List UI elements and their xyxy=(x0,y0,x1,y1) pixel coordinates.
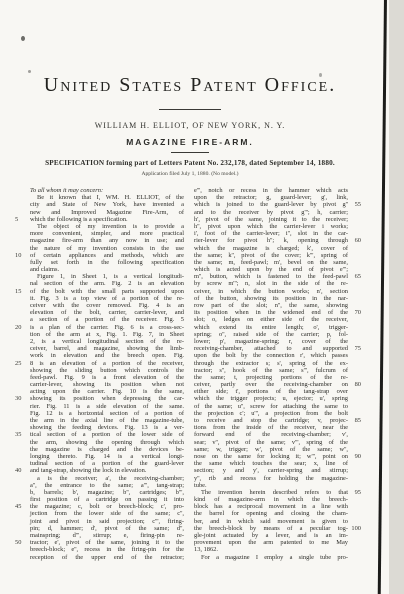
text-line-content: of certain appliances and methods, which… xyxy=(30,252,184,259)
inventor-byline: WILLIAM H. ELLIOT, OF NEW YORK, N. Y. xyxy=(18,121,362,130)
right-column: e''', notch or recess in the hammer whic… xyxy=(194,187,348,561)
text-line-content: feed-pawl. Fig. 9 is a front elevation o… xyxy=(30,374,184,381)
text-line: rier. Fig. 11 is a side elevation of the… xyxy=(30,403,184,410)
line-number: 90 xyxy=(355,453,361,460)
text-line-content: row part of the slot; n'', the same, sho… xyxy=(194,302,348,309)
text-line-content: upon the bolt by the connection r', whic… xyxy=(194,352,348,359)
text-line-content: To all whom it may concern: xyxy=(30,187,103,194)
text-line-content: jection from the lower side of the same;… xyxy=(30,510,184,517)
text-line-content: 13, 1862. xyxy=(194,546,218,553)
text-line: block has a reciprocal movement in a lin… xyxy=(194,503,348,510)
text-line: its position when in the widened end of … xyxy=(194,309,348,316)
text-line: Fig. 12 is a horizontal section of a por… xyxy=(30,410,184,417)
text-line-content: the projection c'; u''', a projection fr… xyxy=(194,410,348,417)
text-line-content: through the extractor s; s', spring of t… xyxy=(194,360,348,367)
application-line: Application filed July 1, 1880. (No mode… xyxy=(18,171,362,177)
text-line-content: a'', the entrance to the same; a''', tan… xyxy=(30,482,184,489)
text-line-content: The object of my invention is to provide… xyxy=(37,223,184,230)
text-line-content: 2, is a vertical longitudinal section of… xyxy=(30,338,184,345)
text-line: Figure 1, in Sheet 1, is a vertical long… xyxy=(30,273,184,280)
text-line-content: the same; k'', pivot of the cover; k''',… xyxy=(194,252,348,259)
text-line-content: m'', button, which is fastened to the fe… xyxy=(194,273,348,280)
line-number: 75 xyxy=(355,345,361,352)
left-column: To all whom it may concern:Be it known t… xyxy=(30,187,184,561)
text-line: upon the bolt by the connection r', whic… xyxy=(194,352,348,359)
line-number: 10 xyxy=(15,252,21,259)
text-line-content: 8 is an elevation of a portion of the re… xyxy=(30,360,184,367)
text-line-content: h'', pivot upon which the carrier-lever … xyxy=(194,223,348,230)
text-line: mainspring; d''', stirrup; e, firing-pin… xyxy=(30,532,184,539)
text-line-content: slot; o, ledges on either side of the re… xyxy=(194,316,348,323)
text-line-content: showing its position when depressing the… xyxy=(30,395,184,402)
text-line: either side; t', portions of the tang-st… xyxy=(194,388,348,395)
text-line-content: same; w, trigger; w', pivot of the same;… xyxy=(194,446,348,453)
line-number: 35 xyxy=(15,431,21,438)
text-line-content: a is the receiver; a', the receiving-cha… xyxy=(37,475,184,482)
divider-rule xyxy=(171,152,209,153)
text-line-content: sear; v'', pivot of the same; v''', spri… xyxy=(194,439,348,446)
text-line: the magazine is charged and the devices … xyxy=(30,446,184,453)
line-number: 95 xyxy=(355,489,361,496)
text-line-content: to receive and stop the cartridge; v, pr… xyxy=(194,417,348,424)
text-line-content: tions from the inside of the receiver, n… xyxy=(194,424,348,431)
text-line: reception of the upper end of the retrac… xyxy=(30,554,184,561)
scan-margin-shade xyxy=(389,0,404,594)
text-line: of certain appliances and methods, which… xyxy=(30,252,184,259)
text-line: row part of the slot; n'', the same, sho… xyxy=(194,302,348,309)
text-line-content: the arm in the axial line of the magazin… xyxy=(30,417,184,424)
text-line: elevation of the bolt, carrier, carrier-… xyxy=(30,309,184,316)
patent-page: United States Patent Office. WILLIAM H. … xyxy=(0,0,404,594)
text-line: it. Fig. 3 is a top view of a portion of… xyxy=(30,295,184,302)
text-line-content: ceiver with the cover removed. Fig. 4 is… xyxy=(30,302,184,309)
line-number: 15 xyxy=(15,288,21,295)
text-line: tions from the inside of the receiver, n… xyxy=(194,424,348,431)
text-line-content: the arm, showing the opening through whi… xyxy=(30,439,184,446)
line-number: 30 xyxy=(15,395,21,402)
text-line-content: breech-block; e'', recess in the firing-… xyxy=(30,546,184,553)
text-line: nal section of the arm. Fig. 2 is an ele… xyxy=(30,280,184,287)
text-line: joint and pivot in said projection; c'''… xyxy=(30,518,184,525)
text-line: provement upon the arm patented to me Ma… xyxy=(194,539,348,546)
text-line-content: block has a reciprocal movement in a lin… xyxy=(194,503,348,510)
text-line-content: longing thereto. Fig. 14 is a vertical l… xyxy=(30,453,184,460)
text-line: breech-block; e'', recess in the firing-… xyxy=(30,546,184,553)
text-line-content: Figure 1, in Sheet 1, is a vertical long… xyxy=(37,273,184,280)
text-line-content: ber, and in which said movement is given… xyxy=(194,518,348,525)
text-line: y'', rib and recess for holding the maga… xyxy=(194,475,348,482)
text-line: the arm, showing the opening through whi… xyxy=(30,439,184,446)
text-line: rier-lever for pivot h''; k, opening thr… xyxy=(194,237,348,244)
office-title: United States Patent Office. xyxy=(18,74,362,97)
text-line: city and State of New York, have invente… xyxy=(30,201,184,208)
text-line: tractor; s'', hook of the same; s''', fu… xyxy=(194,367,348,374)
text-line: m'', button, which is fastened to the fe… xyxy=(194,273,348,280)
text-line: The object of my invention is to provide… xyxy=(30,223,184,230)
text-line: the barrel for opening and closing the c… xyxy=(194,510,348,517)
text-line-content: tudinal section of a portion of the guar… xyxy=(30,460,184,467)
text-line: the nature of my invention consists in t… xyxy=(30,245,184,252)
text-line-content: of the bolt with the small parts support… xyxy=(30,288,184,295)
line-number: 55 xyxy=(355,201,361,208)
text-line: b, barrels; b', magazine; b'', cartridge… xyxy=(30,489,184,496)
text-line-content: showing the feeding devices. Fig. 13 is … xyxy=(30,424,184,431)
text-line-content: the breech-block by means of a peculiar … xyxy=(194,525,348,532)
text-line: jection from the lower side of the same;… xyxy=(30,510,184,517)
text-line-content: e''', notch or recess in the hammer whic… xyxy=(194,187,348,194)
text-line: the same; m, feed-pawl; m', bevel on the… xyxy=(194,259,348,266)
text-line-content: ceiver, partly over the receiving-chambe… xyxy=(194,381,348,388)
text-line: showing the feeding devices. Fig. 13 is … xyxy=(30,424,184,431)
text-line-content: nal section of the arm. Fig. 2 is an ele… xyxy=(30,280,184,287)
text-line: carrier-lever, showing its position when… xyxy=(30,381,184,388)
text-line-content: which is acted upon by the end of pivot … xyxy=(194,266,348,273)
text-line-content: the same; m, feed-pawl; m', bevel on the… xyxy=(194,259,348,266)
text-line: e''', notch or recess in the hammer whic… xyxy=(194,187,348,194)
text-line: nose on the same for locking it; w''', p… xyxy=(194,453,348,460)
text-line: work in elevation and the breech open. F… xyxy=(30,352,184,359)
text-line: ceiver, in which the button works; n', s… xyxy=(194,288,348,295)
line-number: 45 xyxy=(15,503,21,510)
text-line: ceiver, partly over the receiving-chambe… xyxy=(194,381,348,388)
text-line: The invention herein described refers to… xyxy=(194,489,348,496)
text-line-content: the magazine; c, bolt or breech-block; c… xyxy=(30,503,184,510)
text-line-content: and claims. xyxy=(30,266,59,273)
text-line: For a magazine I employ a single tube pr… xyxy=(194,554,348,561)
text-line: ber, and in which said movement is given… xyxy=(194,518,348,525)
text-line: acting upon the carrier. Fig. 10 is the … xyxy=(30,388,184,395)
text-line-content: joint and pivot in said projection; c'''… xyxy=(30,518,184,525)
text-line-content: mainspring; d''', stirrup; e, firing-pin… xyxy=(30,532,184,539)
text-line-content: lower; p', magazine-spring; r, cover of … xyxy=(194,338,348,345)
divider-rule xyxy=(159,109,221,110)
text-line: a is the receiver; a', the receiving-cha… xyxy=(30,475,184,482)
line-number: 5 xyxy=(15,216,18,223)
text-line-content: the same; t, projecting portions of the … xyxy=(194,374,348,381)
line-number: 100 xyxy=(351,525,361,532)
text-line-content: Be it known that I, WM. H. ELLIOT, of th… xyxy=(37,194,184,201)
text-line: which the trigger projects; u, ejector; … xyxy=(194,395,348,402)
text-line: which is acted upon by the end of pivot … xyxy=(194,266,348,273)
text-line-content: which the trigger projects; u, ejector; … xyxy=(194,395,348,402)
text-line: ceiver with the cover removed. Fig. 4 is… xyxy=(30,302,184,309)
text-line-content: the nature of my invention consists in t… xyxy=(30,245,184,252)
text-line: lower; p', magazine-spring; r, cover of … xyxy=(194,338,348,345)
line-number: 40 xyxy=(15,467,21,474)
text-line: the projection c'; u''', a projection fr… xyxy=(194,410,348,417)
text-line: same; w, trigger; w', pivot of the same;… xyxy=(194,446,348,453)
text-line: section; y and y', carrier-spring and st… xyxy=(194,467,348,474)
text-line-content: first position of a cartridge on passing… xyxy=(30,496,184,503)
page-edge-line xyxy=(378,0,387,594)
text-line-content: which the following is a specification. xyxy=(30,216,128,223)
text-line-content: of the same; u'', screw for attaching th… xyxy=(194,403,348,410)
text-line-content: h', pivot of the same, joining it to the… xyxy=(194,216,348,223)
text-line-content: ceiver, in which the button works; n', s… xyxy=(194,288,348,295)
text-line-content: it. Fig. 3 is a top view of a portion of… xyxy=(30,295,184,302)
text-line: i', foot of the carrier-lever; i'', slot… xyxy=(194,230,348,237)
text-line: slot; o, ledges on either side of the re… xyxy=(194,316,348,323)
text-line-content: ceiver, barrel, and magazine, showing th… xyxy=(30,345,184,352)
line-number: 50 xyxy=(15,539,21,546)
text-line: more convenient, simpler, and more pract… xyxy=(30,230,184,237)
text-line-content: section; y and y', carrier-spring and st… xyxy=(194,467,348,474)
text-line: and claims. xyxy=(30,266,184,273)
line-number: 60 xyxy=(355,237,361,244)
body-columns: To all whom it may concern:Be it known t… xyxy=(30,187,348,561)
text-line: upon the retractor; g, guard-lever; g', … xyxy=(194,194,348,201)
text-line-content: which extend its entire length; o', trig… xyxy=(194,324,348,331)
text-line: of the bolt with the small parts support… xyxy=(30,288,184,295)
text-line: sear; v'', pivot of the same; v''', spri… xyxy=(194,439,348,446)
text-line-content: more convenient, simpler, and more pract… xyxy=(30,230,184,237)
text-line-content: work in elevation and the breech open. F… xyxy=(30,352,184,359)
text-line-content: the barrel for opening and closing the c… xyxy=(194,510,348,517)
text-line: a section of a portion of the receiver. … xyxy=(30,316,184,323)
text-line-content: which the magazine is charged; k', cover… xyxy=(194,245,348,252)
text-line: 13, 1862. xyxy=(194,546,348,553)
text-line: is a plan of the carrier. Fig. 6 is a cr… xyxy=(30,324,184,331)
line-number: 85 xyxy=(355,417,361,424)
text-line: forward end of the receiving-chamber; v'… xyxy=(194,431,348,438)
text-line: 2, is a vertical longitudinal section of… xyxy=(30,338,184,345)
text-line: tudinal section of a portion of the guar… xyxy=(30,460,184,467)
text-line: h', pivot of the same, joining it to the… xyxy=(194,216,348,223)
text-line: h'', pivot upon which the carrier-lever … xyxy=(194,223,348,230)
text-line: and to the receiver by pivot g'''; h, ca… xyxy=(194,209,348,216)
scan-speckle xyxy=(21,36,25,41)
invention-title: MAGAZINE FIRE-ARM. xyxy=(18,137,362,147)
scan-speckle xyxy=(28,70,31,73)
text-line-content: spring; o'', raised side of the carrier;… xyxy=(194,331,348,338)
text-line: tion of the arm at x, Fig. 1. Fig. 7, in… xyxy=(30,331,184,338)
text-line: pin; d, hammer; d', pivot of the same; d… xyxy=(30,525,184,532)
text-line: receiving-chamber, attached to and suppo… xyxy=(194,345,348,352)
text-line: the same; k'', pivot of the cover; k''',… xyxy=(194,252,348,259)
text-line-content: pin; d, hammer; d', pivot of the same; d… xyxy=(30,525,184,532)
text-line-content: the same which touches the sear; x, line… xyxy=(194,460,348,467)
text-line: new and Improved Magazine Fire-Arm, of xyxy=(30,209,184,216)
text-line: ceiver, barrel, and magazine, showing th… xyxy=(30,345,184,352)
text-line: the same which touches the sear; x, line… xyxy=(194,460,348,467)
text-line-content: b, barrels; b', magazine; b'', cartridge… xyxy=(30,489,184,496)
text-line: tical section of a portion of the lower … xyxy=(30,431,184,438)
text-line-content: its position when in the widened end of … xyxy=(194,309,348,316)
text-line-content: receiving-chamber, attached to and suppo… xyxy=(194,345,348,352)
text-line: first position of a cartridge on passing… xyxy=(30,496,184,503)
text-line-content: new and Improved Magazine Fire-Arm, of xyxy=(30,209,184,216)
text-line-content: kind of magazine-arm in which the breech… xyxy=(194,496,348,503)
text-line-content: carrier-lever, showing its position when… xyxy=(30,381,184,388)
text-line: longing thereto. Fig. 14 is a vertical l… xyxy=(30,453,184,460)
text-line: of the button, showing its position in t… xyxy=(194,295,348,302)
text-line-content: forward end of the receiving-chamber; v'… xyxy=(194,431,348,438)
text-line-content: tical section of a portion of the lower … xyxy=(30,431,184,438)
text-line: kind of magazine-arm in which the breech… xyxy=(194,496,348,503)
text-line-content: acting upon the carrier. Fig. 10 is the … xyxy=(30,388,184,395)
text-line-content: y'', rib and recess for holding the maga… xyxy=(194,475,348,482)
text-line: the same; t, projecting portions of the … xyxy=(194,374,348,381)
text-line: and tang-strap, showing the lock in elev… xyxy=(30,467,184,474)
text-line-content: nose on the same for locking it; w''', p… xyxy=(194,453,348,460)
text-line-content: upon the retractor; g, guard-lever; g', … xyxy=(194,194,348,201)
text-line-content: i', foot of the carrier-lever; i'', slot… xyxy=(194,230,348,237)
text-line: fully set forth in the following specifi… xyxy=(30,259,184,266)
text-line-content: tractor; e', pivot of the same, joining … xyxy=(30,539,184,546)
text-line: which the magazine is charged; k', cover… xyxy=(194,245,348,252)
specification-line: SPECIFICATION forming part of Letters Pa… xyxy=(18,159,362,167)
text-line: 8 is an elevation of a portion of the re… xyxy=(30,360,184,367)
text-line: a'', the entrance to the same; a''', tan… xyxy=(30,482,184,489)
text-line-content: city and State of New York, have invente… xyxy=(30,201,184,208)
text-line-content: by screw m'''; n, slot in the side of th… xyxy=(194,280,348,287)
text-line: the arm in the axial line of the magazin… xyxy=(30,417,184,424)
text-line-content: showing the sliding button which control… xyxy=(30,367,184,374)
text-line-content: rier. Fig. 11 is a side elevation of the… xyxy=(30,403,184,410)
text-line: the magazine; c, bolt or breech-block; c… xyxy=(30,503,184,510)
text-line: through the extractor s; s', spring of t… xyxy=(194,360,348,367)
text-line-content: and tang-strap, showing the lock in elev… xyxy=(30,467,146,474)
text-line: Be it known that I, WM. H. ELLIOT, of th… xyxy=(30,194,184,201)
text-line-content: reception of the upper end of the retrac… xyxy=(30,554,184,561)
text-line: which extend its entire length; o', trig… xyxy=(194,324,348,331)
text-line: gle-joint actuated by a lever, and is an… xyxy=(194,532,348,539)
text-line: to receive and stop the cartridge; v, pr… xyxy=(194,417,348,424)
text-line: tube. xyxy=(194,482,348,489)
text-line: To all whom it may concern: xyxy=(30,187,184,194)
text-line-content: tractor; s'', hook of the same; s''', fu… xyxy=(194,367,348,374)
text-line-content: which is joined to the guard-lever by pi… xyxy=(194,201,348,208)
text-line-content: magazine fire-arm than any now in use; a… xyxy=(30,237,184,244)
text-line: showing its position when depressing the… xyxy=(30,395,184,402)
text-line-content: The invention herein described refers to… xyxy=(201,489,348,496)
text-line-content: and to the receiver by pivot g'''; h, ca… xyxy=(194,209,348,216)
text-line-content: of the button, showing its position in t… xyxy=(194,295,348,302)
line-number: 20 xyxy=(15,324,21,331)
line-number: 25 xyxy=(15,360,21,367)
line-number: 70 xyxy=(355,309,361,316)
text-line: spring; o'', raised side of the carrier;… xyxy=(194,331,348,338)
text-line: of the same; u'', screw for attaching th… xyxy=(194,403,348,410)
text-line: by screw m'''; n, slot in the side of th… xyxy=(194,280,348,287)
text-line: showing the sliding button which control… xyxy=(30,367,184,374)
text-line-content: either side; t', portions of the tang-st… xyxy=(194,388,348,395)
text-line-content: provement upon the arm patented to me Ma… xyxy=(194,539,348,546)
text-line: magazine fire-arm than any now in use; a… xyxy=(30,237,184,244)
text-line-content: tion of the arm at x, Fig. 1. Fig. 7, in… xyxy=(30,331,184,338)
text-line-content: fully set forth in the following specifi… xyxy=(30,259,184,266)
text-line-content: Fig. 12 is a horizontal section of a por… xyxy=(30,410,184,417)
text-line: which is joined to the guard-lever by pi… xyxy=(194,201,348,208)
text-line: feed-pawl. Fig. 9 is a front elevation o… xyxy=(30,374,184,381)
line-number: 65 xyxy=(355,273,361,280)
text-line-content: elevation of the bolt, carrier, carrier-… xyxy=(30,309,184,316)
text-line-content: For a magazine I employ a single tube pr… xyxy=(201,554,348,561)
text-line: tractor; e', pivot of the same, joining … xyxy=(30,539,184,546)
line-number: 80 xyxy=(355,381,361,388)
text-line-content: a section of a portion of the receiver. … xyxy=(30,316,184,323)
text-line: which the following is a specification.5 xyxy=(30,216,184,223)
text-line-content: gle-joint actuated by a lever, and is an… xyxy=(194,532,348,539)
text-line-content: the magazine is charged and the devices … xyxy=(30,446,184,453)
text-line: the breech-block by means of a peculiar … xyxy=(194,525,348,532)
text-line-content: tube. xyxy=(194,482,207,489)
text-line-content: rier-lever for pivot h''; k, opening thr… xyxy=(194,237,348,244)
text-line-content: is a plan of the carrier. Fig. 6 is a cr… xyxy=(30,324,184,331)
